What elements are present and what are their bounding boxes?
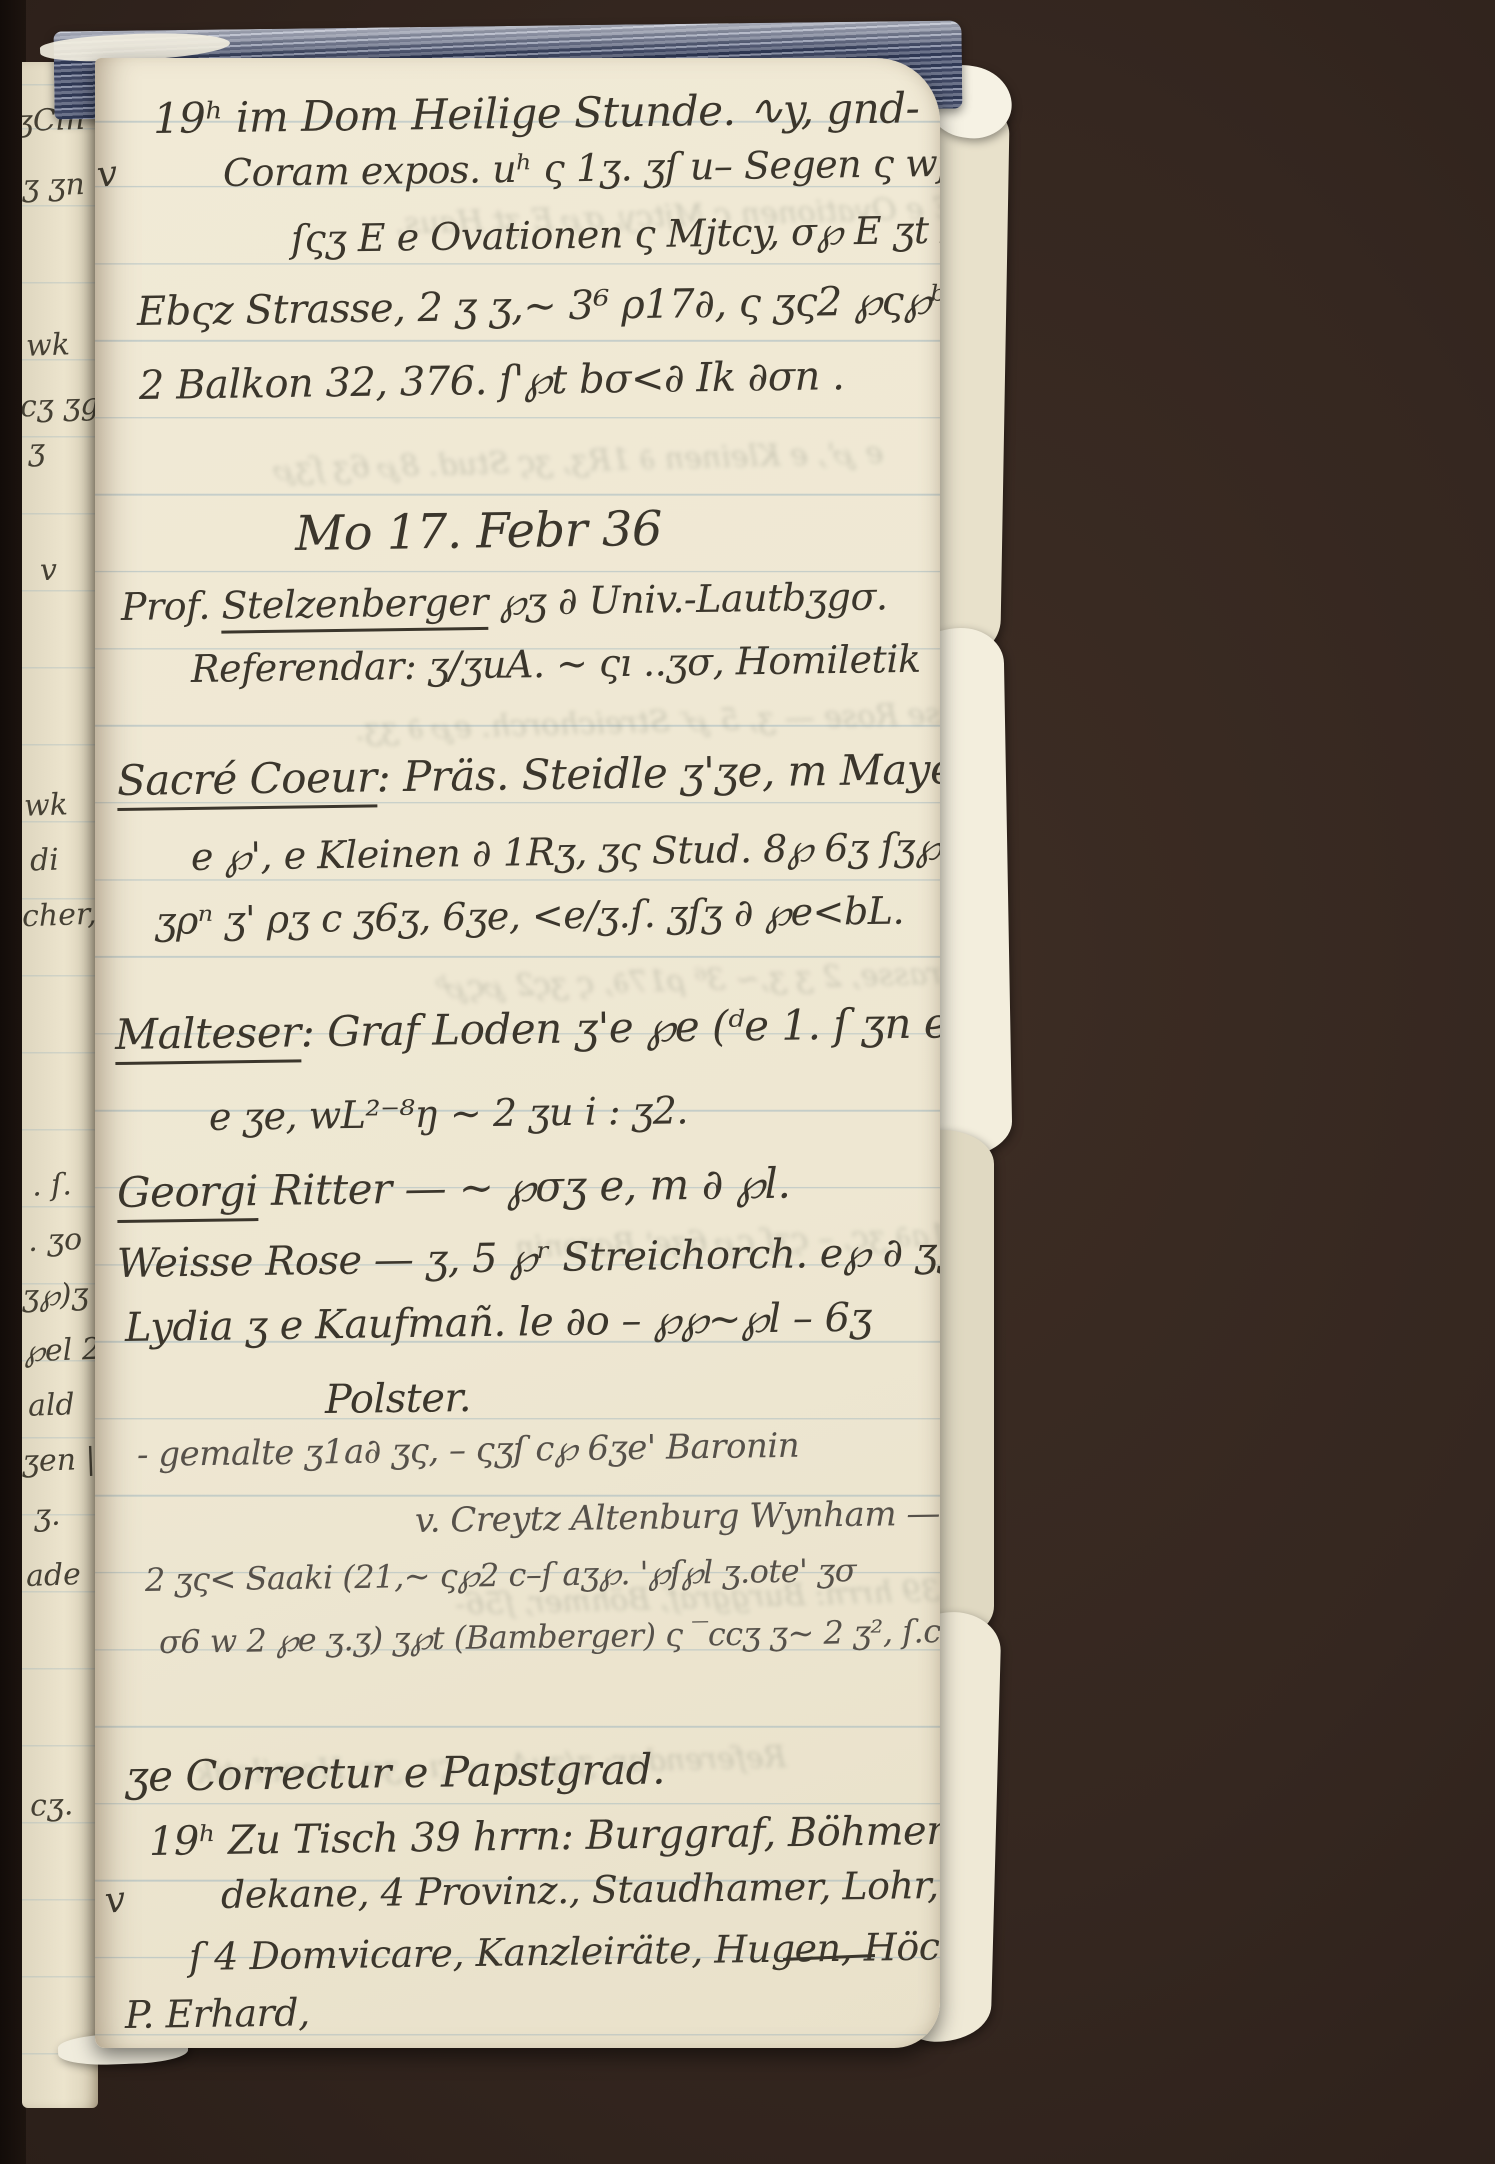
diary-photo: ʒCln ʒ ʒn wk cʒ ʒg. ʒ v wk di cher, . ſ.… [0, 0, 1495, 2164]
handwritten-line: Prof. Stelzenberger ℘ʒ ∂ Univ.-Lautbʒgσ. [121, 577, 888, 626]
handwritten-line: Coram expos. uʰ ς 1ʒ. ʒſ u– Segen ς wſ1ς… [223, 143, 940, 192]
handwritten-line: Ebςz Strasse, 2 ʒ ʒ,~ 3⁶ ρ17∂, ς ʒς2 ℘ς℘… [137, 281, 940, 332]
prev-page-fragment: v [39, 553, 57, 589]
handwritten-line: ʒe Correctur e Papstgrad. [125, 1748, 665, 1798]
handwritten-line: - gemalte ʒ1a∂ ʒς, – ςʒſ c℘ 6ʒe' Baronin [137, 1429, 800, 1472]
prev-page-fragment: ʒ. [33, 1498, 61, 1534]
previous-page-edge: ʒCln ʒ ʒn wk cʒ ʒg. ʒ v wk di cher, . ſ.… [22, 62, 98, 2108]
prev-page-fragment: ʒ ʒn [22, 167, 85, 204]
margin-check-mark: v [103, 1879, 128, 1922]
prev-page-fragment: ʒen | [22, 1442, 96, 1480]
handwritten-line: 2 ʒς< Saaki (21,~ ς℘2 c–ſ aʒ℘. '℘ſ℘l ʒ.o… [145, 1554, 856, 1596]
handwritten-line: Georgi Ritter — ~ ℘σʒ e, m ∂ ℘l. [117, 1163, 791, 1214]
prev-page-fragment: cʒ ʒg. [22, 386, 98, 424]
prev-page-fragment: ʒ℘)ʒ [22, 1277, 89, 1314]
handwritten-line: Referendar: ʒ/ʒuA. ~ ςı ..ʒσ, Homiletik [191, 640, 921, 688]
prev-page-fragment: ʒ [27, 433, 45, 469]
prev-page-fragment: ℘el 2 [23, 1332, 98, 1370]
handwritten-line: 19ʰ Zu Tisch 39 hrrn: Burggraf, Böhmer, … [149, 1810, 940, 1862]
handwritten-line: e ℘', e Kleinen ∂ 1Rʒ, ʒς Stud. 8℘ 6ʒ ſʒ… [191, 828, 940, 876]
ink-bleedthrough: Ebςz Strasse, 2 ʒ ʒ,~ 3⁶ ρ17∂, ς ʒς2 ℘ς℘… [435, 953, 940, 1005]
handwritten-line: Weisse Rose — ʒ, 5 ℘ʳ Streichorch. e℘ ∂ … [117, 1232, 940, 1284]
ink-bleedthrough: e ℘', e Kleinen ∂ 1Rʒ, ʒς Stud. 8℘ 6ʒ ſʒ… [275, 436, 884, 488]
handwritten-line: σ6 w 2 ℘e ʒ.ʒ) ʒ℘t (Bamberger) ς ‾ccʒ ʒ~… [159, 1615, 940, 1658]
prev-page-fragment: cher, [22, 897, 97, 935]
prev-page-fragment: ade [25, 1557, 81, 1594]
prev-page-fragment: wk [25, 327, 70, 364]
margin-check-mark: v [95, 153, 119, 196]
handwritten-line: Malteser: Graf Loden ʒ'e ℘e (ᵈe 1. ſ ʒn … [115, 1001, 940, 1056]
prev-page-fragment: ald [27, 1387, 75, 1424]
ink-bleedthrough: Weisse Rose — ʒ, 5 ℘ʳ Streichorch. e℘ ∂ … [355, 695, 940, 748]
diary-page: ſςʒ E e Ovationen ς Mjtcy, σ℘ E ʒt Haus.… [95, 58, 940, 2048]
handwritten-line: P. Erhard, [125, 1993, 310, 2034]
handwritten-line: ʒρⁿ ʒ' ρʒ c ʒ6ʒ, 6ʒe, <e/ʒ.ſ. ʒſʒ ∂ ℘e<b… [155, 892, 905, 940]
handwritten-line: dekane, 4 Provinz., Staudhamer, Lohr, Sc… [221, 1863, 940, 1914]
handwritten-line: ſ 4 Domvicare, Kanzleiräte, Hugen, Höck, [189, 1927, 940, 1976]
handwritten-line: ſςʒ E e Ovationen ς Mjtcy, σ℘ E ʒt Haus. [291, 209, 940, 258]
handwritten-line: 19ʰ im Dom Heilige Stunde. ∿y, gnd- [153, 87, 920, 140]
handwritten-line: e ʒe, wL²⁻⁸ŋ ~ 2 ʒu i : ʒ2. [209, 1091, 688, 1136]
handwritten-line: Lydia ʒ e Kaufmañ. le ∂o – ℘℘~℘l – 6ʒ [125, 1298, 872, 1348]
handwritten-line: v. Creytz Altenburg Wynham — gab [415, 1496, 940, 1538]
date-heading: Mo 17. Febr 36 [295, 505, 663, 558]
handwritten-line: Polster. [325, 1378, 471, 1420]
handwritten-line: Sacré Coeur: Präs. Steidle ʒ'ʒe, m Mayen [117, 748, 940, 802]
prev-page-fragment: wk [23, 787, 68, 824]
prev-page-fragment: . ſ. [31, 1167, 72, 1203]
prev-page-fragment: . ʒo [27, 1222, 82, 1259]
prev-page-fragment: di [29, 843, 59, 879]
prev-page-fragment: cʒ. [29, 1787, 73, 1823]
handwritten-line: 2 Balkon 32, 376. ſ'℘t bσ<∂ Ik ∂σn . [139, 356, 845, 406]
